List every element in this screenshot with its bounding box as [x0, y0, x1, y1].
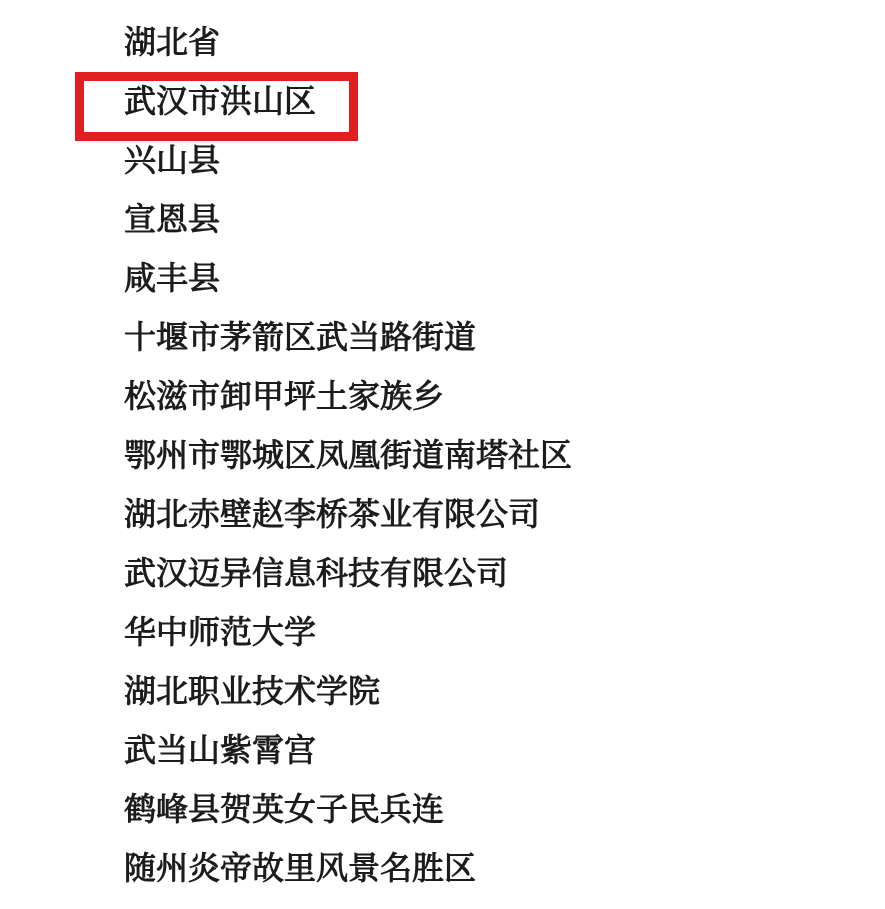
list-item-text: 湖北职业技术学院 — [124, 675, 380, 707]
list-item-text: 湖北省 — [124, 26, 220, 58]
list-item: 宣恩县 — [0, 189, 885, 248]
list-item: 随州炎帝故里风景名胜区 — [0, 838, 885, 897]
list-item-text: 鹤峰县贺英女子民兵连 — [124, 793, 444, 825]
list-item-text: 十堰市茅箭区武当路街道 — [124, 321, 476, 353]
list-item-text: 随州炎帝故里风景名胜区 — [124, 852, 476, 884]
list-item-text: 武汉市洪山区 — [124, 85, 316, 117]
list-item-text: 咸丰县 — [124, 262, 220, 294]
list-item: 十堰市茅箭区武当路街道 — [0, 307, 885, 366]
list-item: 咸丰县 — [0, 248, 885, 307]
list-item-text: 华中师范大学 — [124, 616, 316, 648]
list-item: 湖北省 — [0, 12, 885, 71]
list-item: 鹤峰县贺英女子民兵连 — [0, 779, 885, 838]
list-item-text: 湖北赤壁赵李桥茶业有限公司 — [124, 498, 540, 530]
list-item: 松滋市卸甲坪土家族乡 — [0, 366, 885, 425]
list-item-text: 武汉迈异信息科技有限公司 — [124, 557, 508, 589]
org-list: 湖北省 武汉市洪山区 兴山县 宣恩县 咸丰县 十堰市茅箭区武当路街道 松滋市卸甲… — [0, 12, 885, 897]
list-item-text: 宣恩县 — [124, 203, 220, 235]
list-item-text: 武当山紫霄宫 — [124, 734, 316, 766]
list-item: 武汉迈异信息科技有限公司 — [0, 543, 885, 602]
list-item-text: 松滋市卸甲坪土家族乡 — [124, 380, 444, 412]
list-item: 湖北职业技术学院 — [0, 661, 885, 720]
list-item-text: 兴山县 — [124, 144, 220, 176]
list-item: 鄂州市鄂城区凤凰街道南塔社区 — [0, 425, 885, 484]
page: 湖北省 武汉市洪山区 兴山县 宣恩县 咸丰县 十堰市茅箭区武当路街道 松滋市卸甲… — [0, 0, 885, 909]
list-item: 华中师范大学 — [0, 602, 885, 661]
list-item: 湖北赤壁赵李桥茶业有限公司 — [0, 484, 885, 543]
list-item: 武当山紫霄宫 — [0, 720, 885, 779]
list-item-highlighted: 武汉市洪山区 — [0, 71, 885, 130]
list-item: 兴山县 — [0, 130, 885, 189]
list-item-text: 鄂州市鄂城区凤凰街道南塔社区 — [124, 439, 572, 471]
